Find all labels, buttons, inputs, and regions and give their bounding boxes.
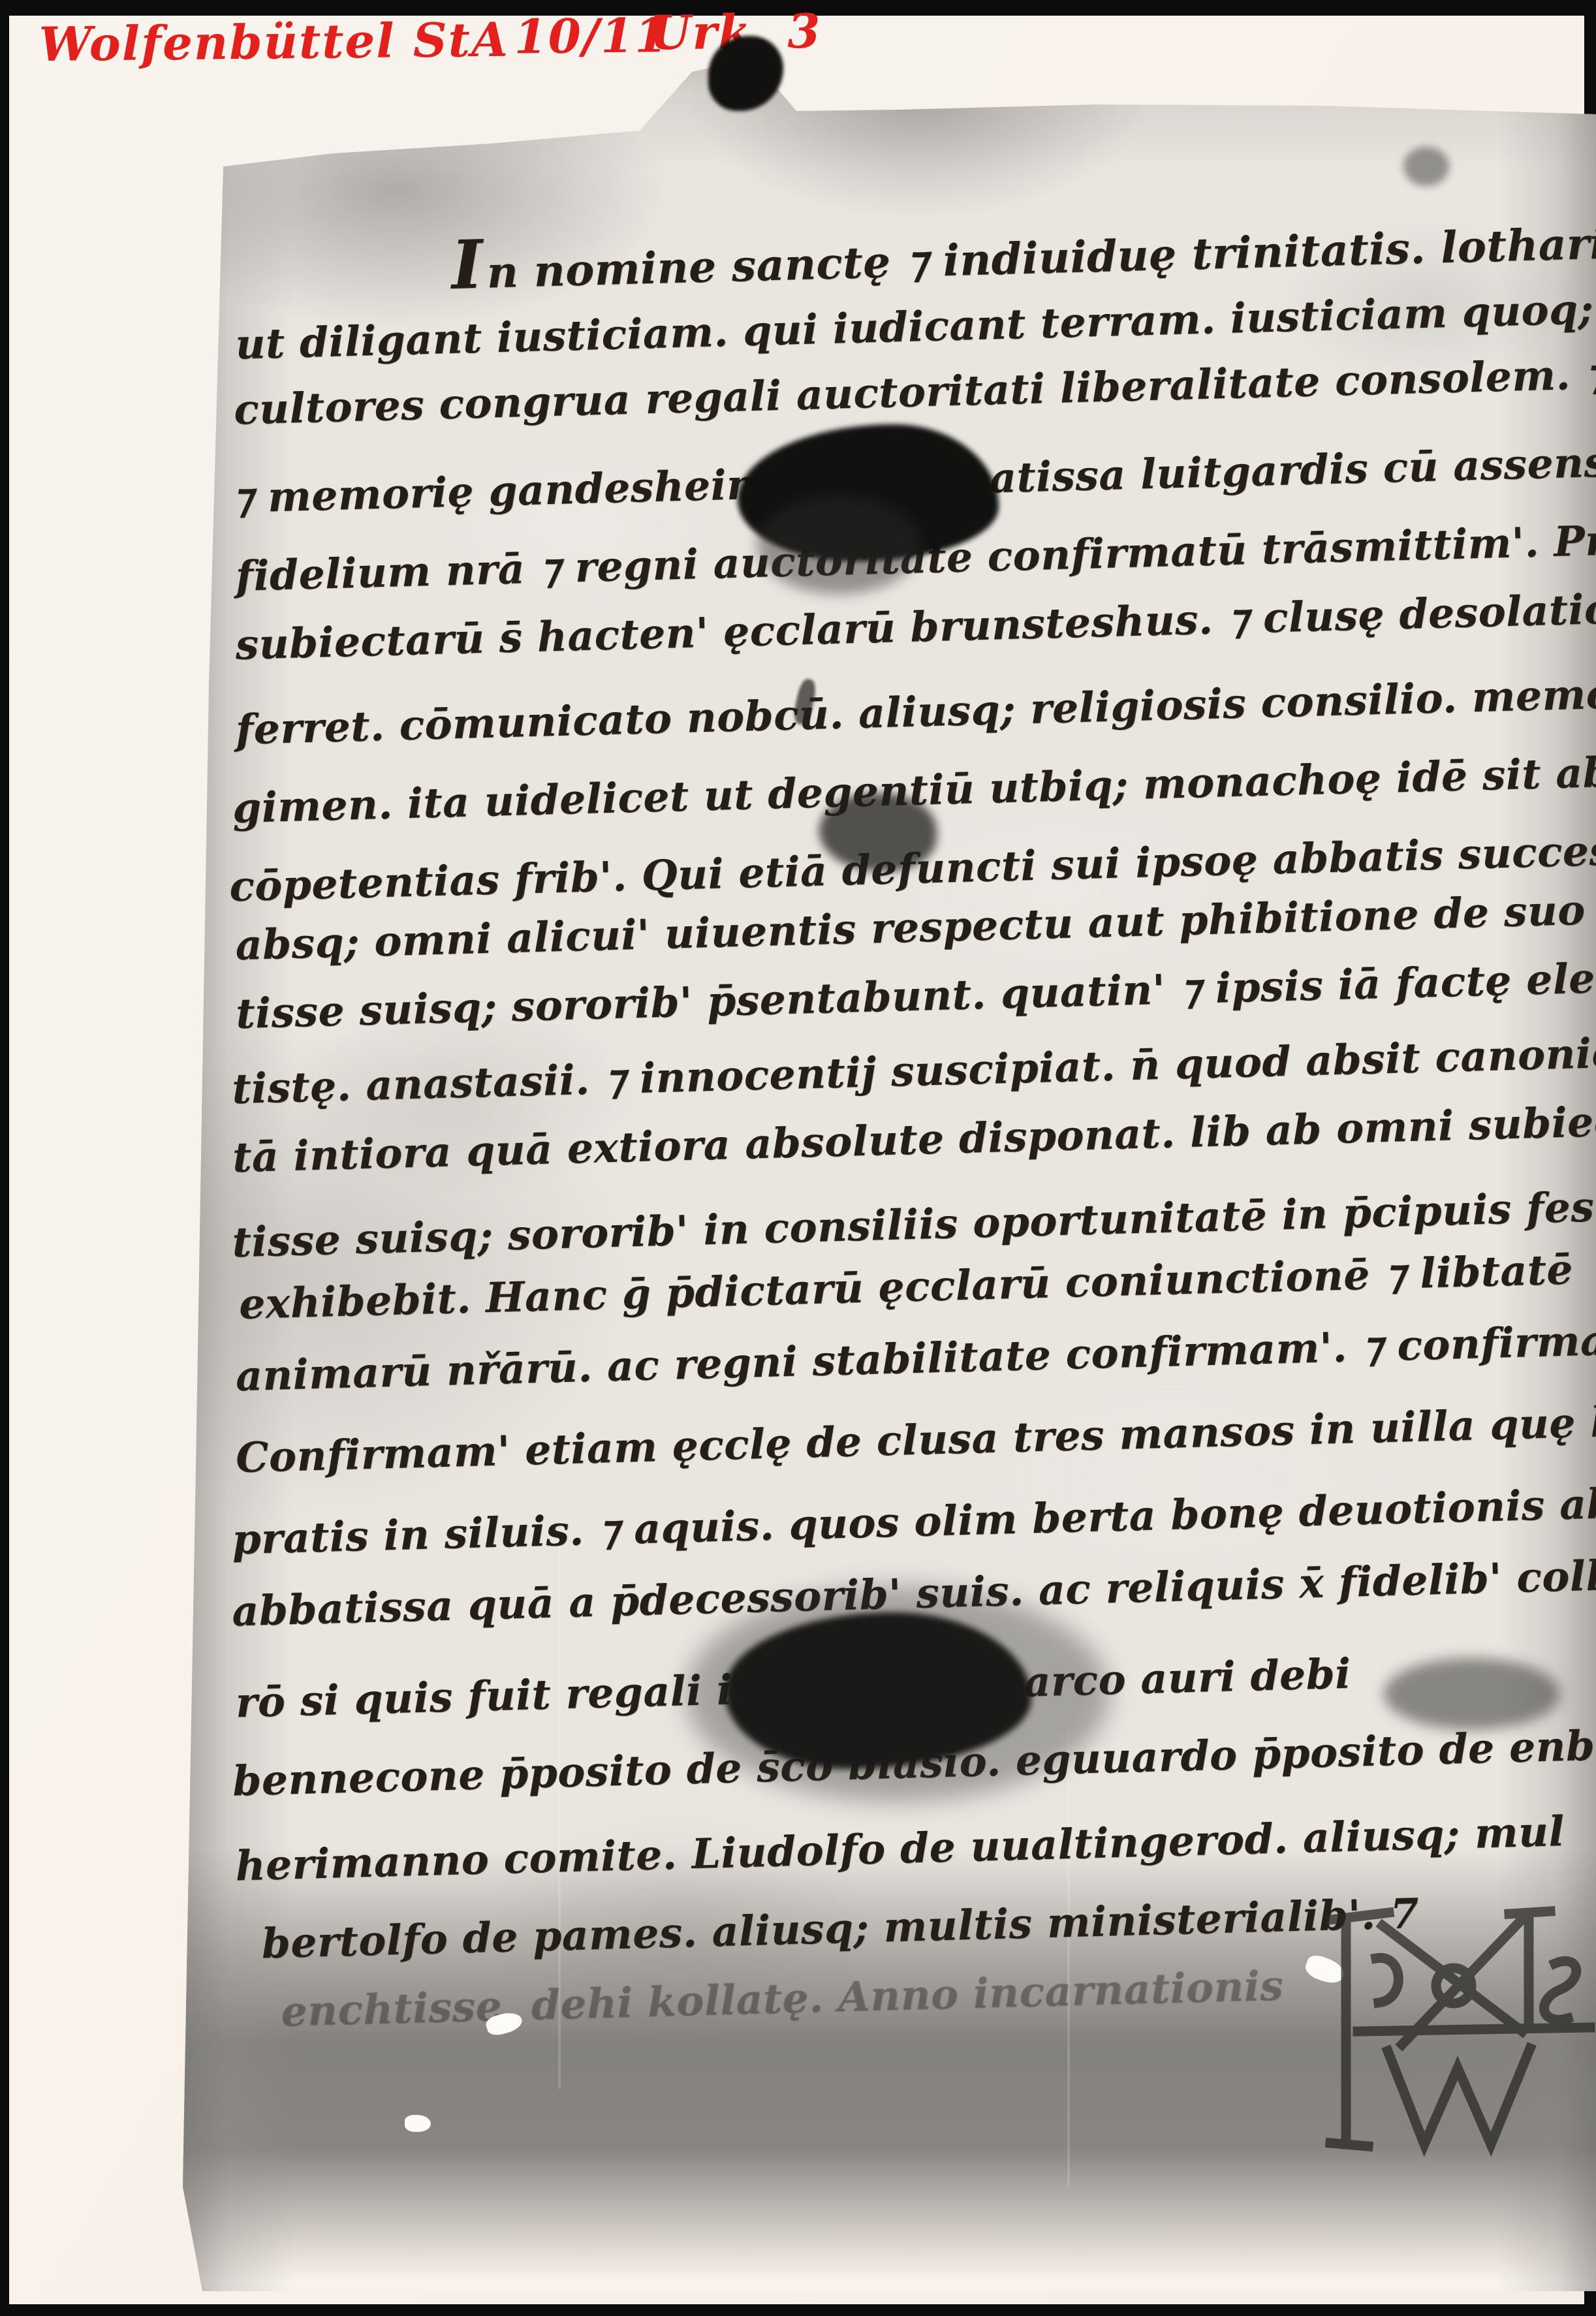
manuscript-line: herimanno comite. Liudolfo de uualtinger…: [235, 1807, 1565, 1890]
manuscript-line: ferret. cōmunicato nobcū. aliusq; religi…: [235, 667, 1596, 754]
manuscript-line: tistę. anastasii. ⁊ innocentij suscipiat…: [232, 1027, 1596, 1113]
manuscript-line: tisse suisq; sororib' p̄sentabunt. quati…: [236, 952, 1596, 1038]
ink-blot: [757, 496, 920, 594]
manuscript-line: animarū nřārū. ac regni stabilitate conf…: [235, 1316, 1596, 1400]
ink-blot: [1403, 147, 1449, 186]
ink-blot: [1384, 1658, 1560, 1730]
manuscript-line: enchtisse. dehi kollatę. Anno incarnatio…: [281, 1961, 1285, 2035]
manuscript-line: In nomine sanctę ⁊ indiuiduę trinitatis.…: [450, 194, 1596, 305]
royal-monogram-icon: [1325, 1880, 1596, 2174]
manuscript-photo: In nomine sanctę ⁊ indiuiduę trinitatis.…: [183, 33, 1596, 2291]
flash-speck: [405, 2115, 431, 2132]
manuscript-line: pratis in siluis. ⁊ aquis. quos olim ber…: [232, 1476, 1596, 1563]
manuscript-line: Confirmam' etiam ęcclę de clusa tres man…: [235, 1395, 1596, 1482]
ink-blot: [685, 1586, 1110, 1802]
manuscript-line: tā intiora quā extiora absolute disponat…: [232, 1096, 1596, 1181]
manuscript-line: bertolfo de pames. aliusq; multis minist…: [261, 1889, 1420, 1967]
